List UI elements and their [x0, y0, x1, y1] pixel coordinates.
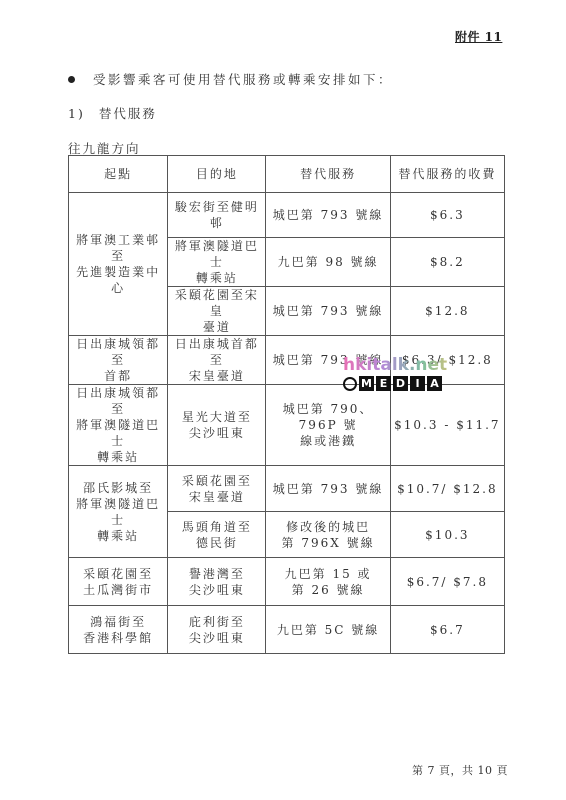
destination-line: 將軍澳隧道巴士 [169, 238, 264, 270]
service-line: 線或港鐵 [267, 433, 388, 449]
origin-line: 日出康城領都至 [70, 336, 166, 368]
intro-text: 受影響乘客可使用替代服務或轉乘安排如下： [93, 72, 393, 87]
table-row: 將軍澳工業邨至 先進製造業中心 駿宏街至健明邨 城巴第 793 號線 $6.3 [69, 193, 505, 238]
fare-cell: $6.3 [390, 193, 504, 238]
header-fare: 替代服務的收費 [390, 156, 504, 193]
fare-cell: $12.8 [390, 287, 504, 336]
destination-line: 轉乘站 [169, 270, 264, 286]
service-line: 城巴第 790、796P 號 [267, 401, 388, 433]
destination-cell: 駿宏街至健明邨 [168, 193, 266, 238]
origin-line: 將軍澳隧道巴士 [70, 417, 166, 449]
origin-line: 首都 [70, 368, 166, 384]
destination-cell: 星光大道至 尖沙咀東 [168, 385, 266, 466]
annex-label: 附件 11 [455, 28, 502, 45]
table-row: 鴻福街至 香港科學館 庇利街至 尖沙咀東 九巴第 5C 號線 $6.7 [69, 606, 505, 654]
intro-bullet: 受影響乘客可使用替代服務或轉乘安排如下： [68, 70, 393, 88]
fare-cell: $10.3 [390, 512, 504, 558]
origin-line: 采頤花園至 [70, 566, 166, 582]
header-destination: 目的地 [168, 156, 266, 193]
origin-line: 鴻福街至 [70, 614, 166, 630]
destination-cell: 將軍澳隧道巴士 轉乘站 [168, 238, 266, 287]
origin-cell: 邵氏影城至 將軍澳隧道巴士 轉乘站 [69, 466, 168, 558]
origin-line: 香港科學館 [70, 630, 166, 646]
fare-cell: $6.7/ $7.8 [390, 558, 504, 606]
destination-line: 日出康城首都至 [169, 336, 264, 368]
origin-cell: 鴻福街至 香港科學館 [69, 606, 168, 654]
service-line: 第 796X 號線 [267, 535, 388, 551]
destination-line: 庇利街至 [169, 614, 264, 630]
service-cell: 九巴第 15 或 第 26 號線 [266, 558, 390, 606]
origin-cell: 日出康城領都至 首都 [69, 336, 168, 385]
alternative-services-table: 起點 目的地 替代服務 替代服務的收費 將軍澳工業邨至 先進製造業中心 駿宏街至… [68, 155, 505, 654]
origin-line: 先進製造業中心 [70, 264, 166, 296]
origin-line: 邵氏影城至 [70, 480, 166, 496]
destination-line: 譽港灣至 [169, 566, 264, 582]
destination-cell: 譽港灣至 尖沙咀東 [168, 558, 266, 606]
fare-cell: $10.3 - $11.7 [390, 385, 504, 466]
service-cell: 修改後的城巴 第 796X 號線 [266, 512, 390, 558]
origin-line: 土瓜灣街市 [70, 582, 166, 598]
destination-line: 尖沙咀東 [169, 425, 264, 441]
origin-cell: 將軍澳工業邨至 先進製造業中心 [69, 193, 168, 336]
destination-line: 德民街 [169, 535, 264, 551]
origin-line: 將軍澳隧道巴士 [70, 496, 166, 528]
origin-cell: 采頤花園至 土瓜灣街市 [69, 558, 168, 606]
service-cell: 城巴第 793 號線 [266, 193, 390, 238]
destination-line: 尖沙咀東 [169, 630, 264, 646]
table-row: 日出康城領都至 將軍澳隧道巴士 轉乘站 星光大道至 尖沙咀東 城巴第 790、7… [69, 385, 505, 466]
destination-line: 尖沙咀東 [169, 582, 264, 598]
service-cell: 城巴第 790、796P 號 線或港鐵 [266, 385, 390, 466]
service-line: 修改後的城巴 [267, 519, 388, 535]
destination-line: 馬頭角道至 [169, 519, 264, 535]
destination-cell: 庇利街至 尖沙咀東 [168, 606, 266, 654]
page-number: 第 7 頁，共 10 頁 [412, 762, 508, 778]
table-row: 日出康城領都至 首都 日出康城首都至 宋皇臺道 城巴第 793 號線 $6.3/… [69, 336, 505, 385]
table-header-row: 起點 目的地 替代服務 替代服務的收費 [69, 156, 505, 193]
fare-cell: $8.2 [390, 238, 504, 287]
service-line: 第 26 號線 [267, 582, 388, 598]
origin-line: 將軍澳工業邨至 [70, 232, 166, 264]
destination-line: 采頤花園至宋皇 [169, 287, 264, 319]
service-cell: 九巴第 5C 號線 [266, 606, 390, 654]
fare-cell: $6.3/ $12.8 [390, 336, 504, 385]
service-cell: 城巴第 793 號線 [266, 336, 390, 385]
fare-cell: $6.7 [390, 606, 504, 654]
bullet-icon [68, 76, 75, 83]
origin-line: 轉乘站 [70, 528, 166, 544]
service-cell: 城巴第 793 號線 [266, 466, 390, 512]
destination-cell: 馬頭角道至 德民街 [168, 512, 266, 558]
destination-cell: 采頤花園至宋皇 臺道 [168, 287, 266, 336]
section-heading: 1)替代服務 [68, 104, 157, 122]
service-cell: 城巴第 793 號線 [266, 287, 390, 336]
table-row: 邵氏影城至 將軍澳隧道巴士 轉乘站 采頤花園至 宋皇臺道 城巴第 793 號線 … [69, 466, 505, 512]
origin-cell: 日出康城領都至 將軍澳隧道巴士 轉乘站 [69, 385, 168, 466]
service-cell: 九巴第 98 號線 [266, 238, 390, 287]
destination-line: 宋皇臺道 [169, 368, 264, 384]
section-number: 1) [68, 106, 85, 121]
table-row: 采頤花園至 土瓜灣街市 譽港灣至 尖沙咀東 九巴第 15 或 第 26 號線 $… [69, 558, 505, 606]
service-line: 九巴第 15 或 [267, 566, 388, 582]
header-service: 替代服務 [266, 156, 390, 193]
destination-line: 采頤花園至 [169, 473, 264, 489]
destination-line: 臺道 [169, 319, 264, 335]
destination-cell: 采頤花園至 宋皇臺道 [168, 466, 266, 512]
fare-cell: $10.7/ $12.8 [390, 466, 504, 512]
section-title: 替代服務 [99, 106, 157, 121]
destination-line: 宋皇臺道 [169, 489, 264, 505]
origin-line: 日出康城領都至 [70, 385, 166, 417]
origin-line: 轉乘站 [70, 449, 166, 465]
header-origin: 起點 [69, 156, 168, 193]
destination-cell: 日出康城首都至 宋皇臺道 [168, 336, 266, 385]
destination-line: 星光大道至 [169, 409, 264, 425]
